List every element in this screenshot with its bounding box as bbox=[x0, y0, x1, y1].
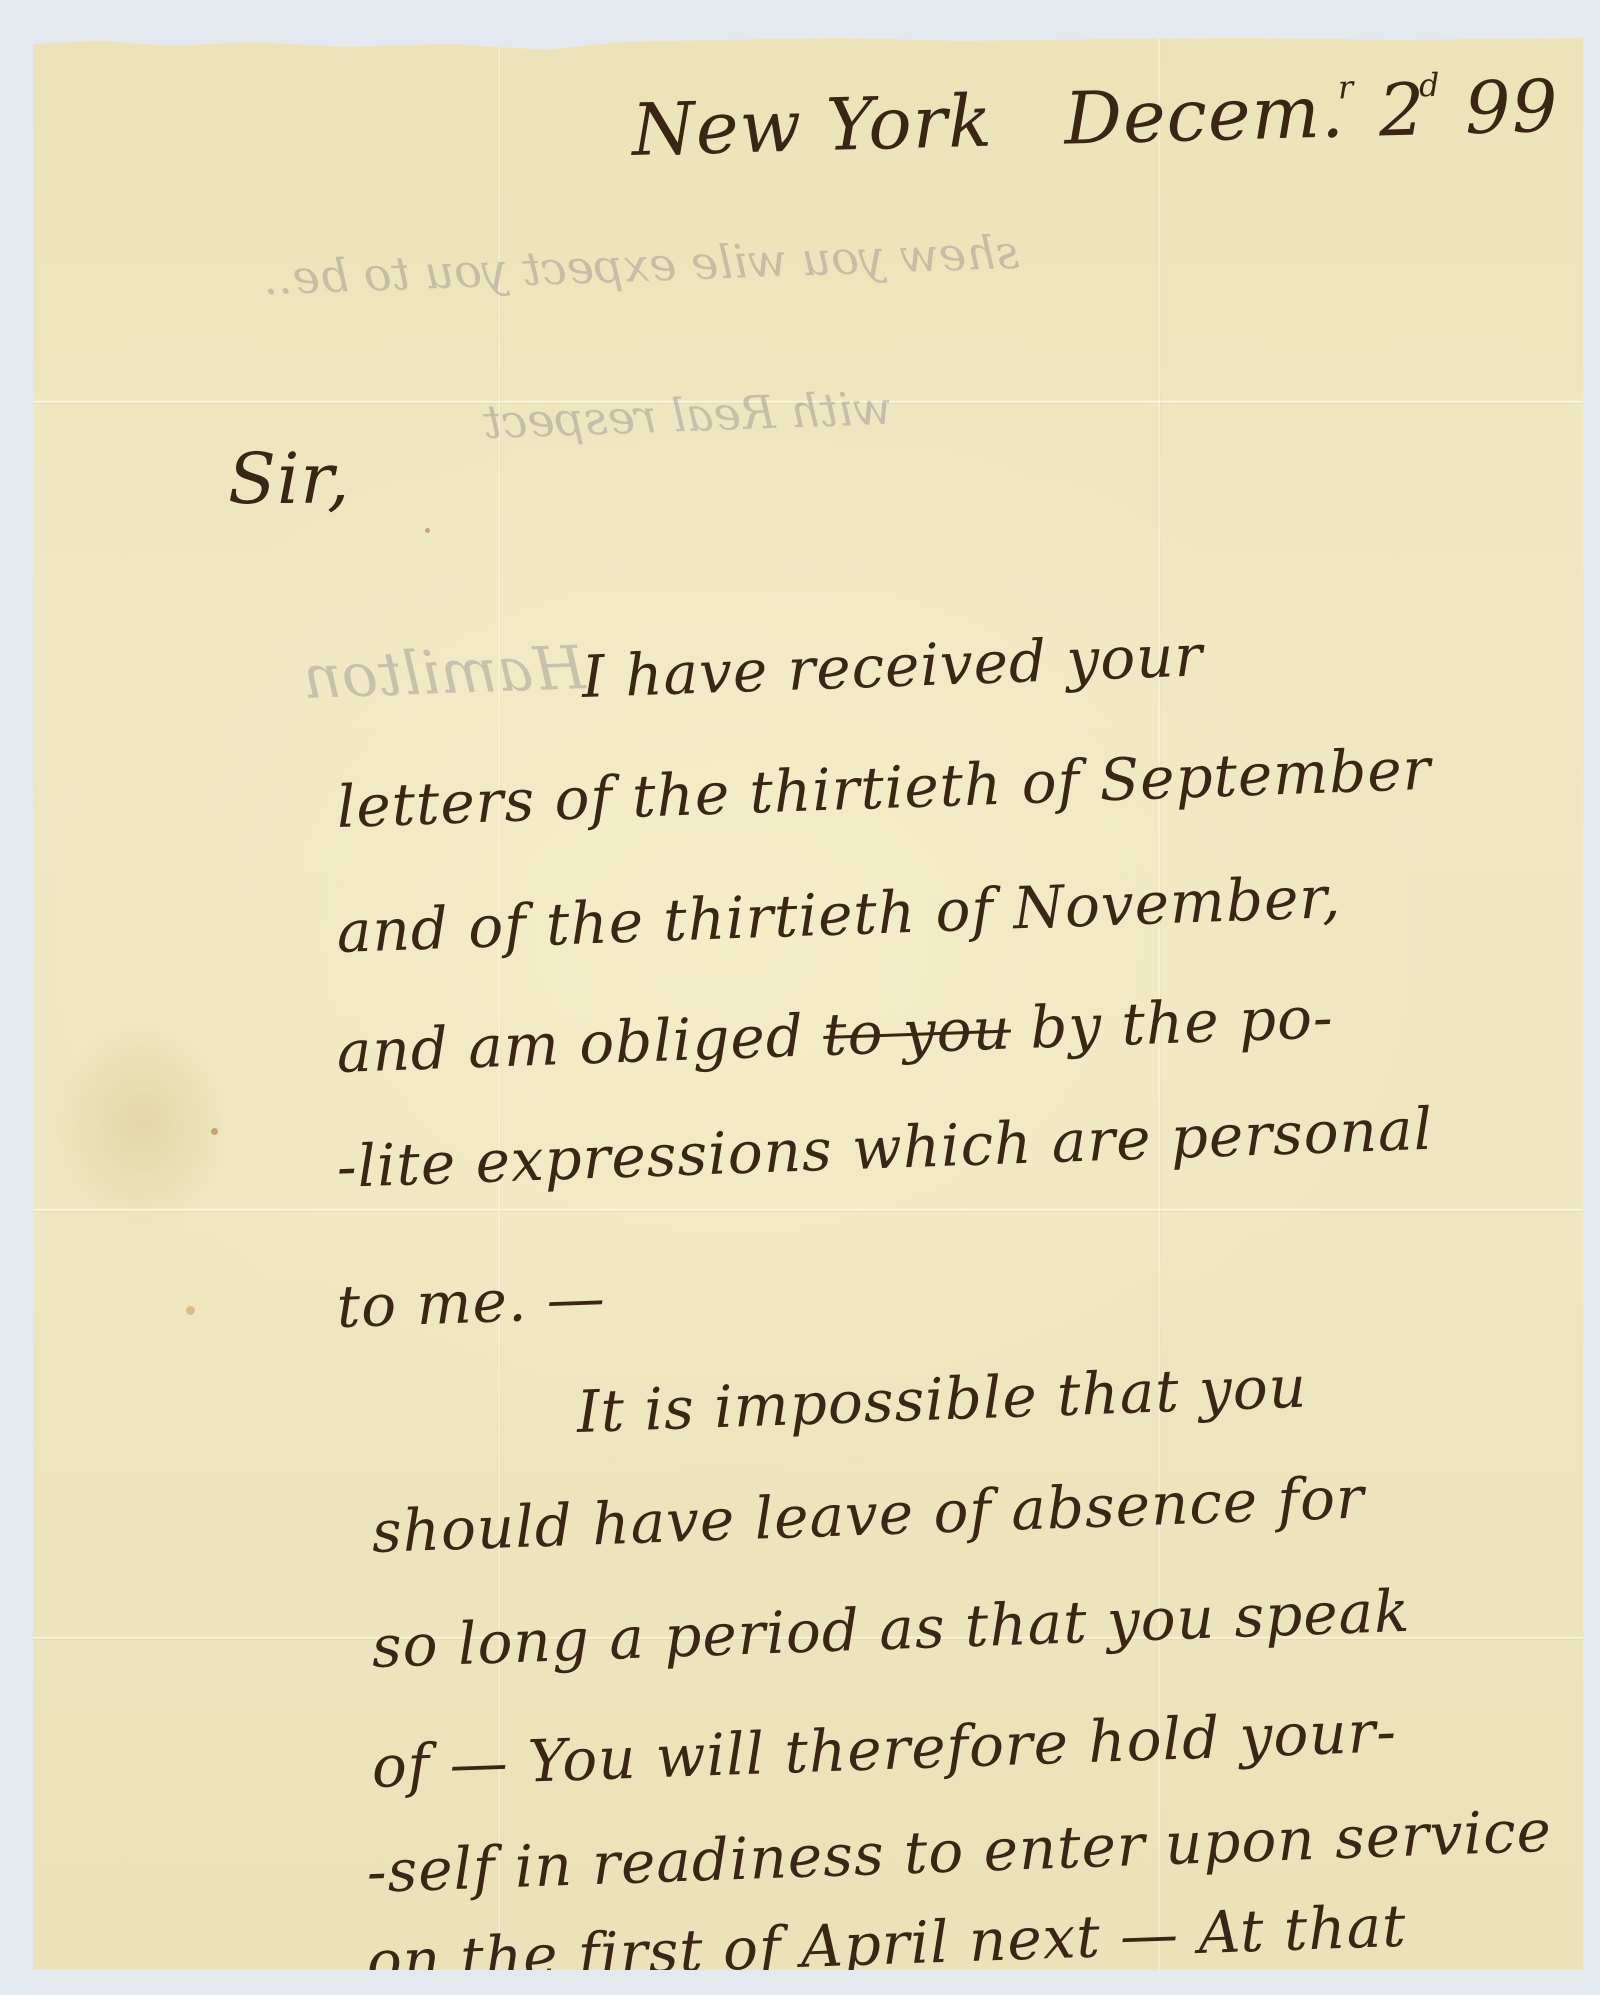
body-text: by the po- bbox=[1029, 983, 1335, 1062]
ink-spot bbox=[211, 1128, 218, 1135]
body-line: of — You will therefore hold your- bbox=[371, 1697, 1398, 1801]
fold-line-horizontal bbox=[33, 1208, 1583, 1212]
body-line: and of the thirtieth of November, bbox=[336, 863, 1343, 966]
body-text: and am obliged bbox=[336, 1002, 805, 1086]
salutation: Sir, bbox=[228, 438, 350, 520]
body-line: and am obliged to you by the po- bbox=[336, 983, 1335, 1086]
letter-paper: shew you wile expect you to be.. with Re… bbox=[33, 38, 1583, 1970]
bleed-through-text: shew you wile expect you to be.. bbox=[262, 225, 1020, 305]
bleed-through-signature: Hamilton bbox=[302, 633, 587, 713]
dateline-year: 99 bbox=[1464, 64, 1560, 150]
body-line: It is impossible that you bbox=[576, 1353, 1308, 1446]
body-line: -self in readiness to enter upon service bbox=[366, 1797, 1553, 1906]
body-line: should have leave of absence for bbox=[371, 1463, 1366, 1566]
body-line: so long a period as that you speak bbox=[371, 1577, 1412, 1681]
foxing-spot bbox=[186, 1306, 195, 1315]
struck-through-text: to you bbox=[822, 995, 1012, 1070]
body-line: to me. — bbox=[336, 1264, 607, 1341]
dateline-month-superscript: r bbox=[1337, 68, 1354, 106]
ink-spot bbox=[425, 528, 430, 533]
body-line: I have received your bbox=[581, 621, 1205, 711]
dateline-month: Decem. bbox=[1063, 69, 1346, 160]
dateline-place: New York bbox=[631, 79, 994, 172]
body-line: on the first of April next — At that bbox=[366, 1892, 1408, 1995]
dateline-day-superscript: d bbox=[1418, 66, 1440, 105]
dateline: New York Decem.r 2d 99 bbox=[631, 64, 1560, 172]
bleed-through-text: with Real respect bbox=[482, 381, 893, 449]
fold-line-vertical bbox=[498, 38, 501, 1970]
